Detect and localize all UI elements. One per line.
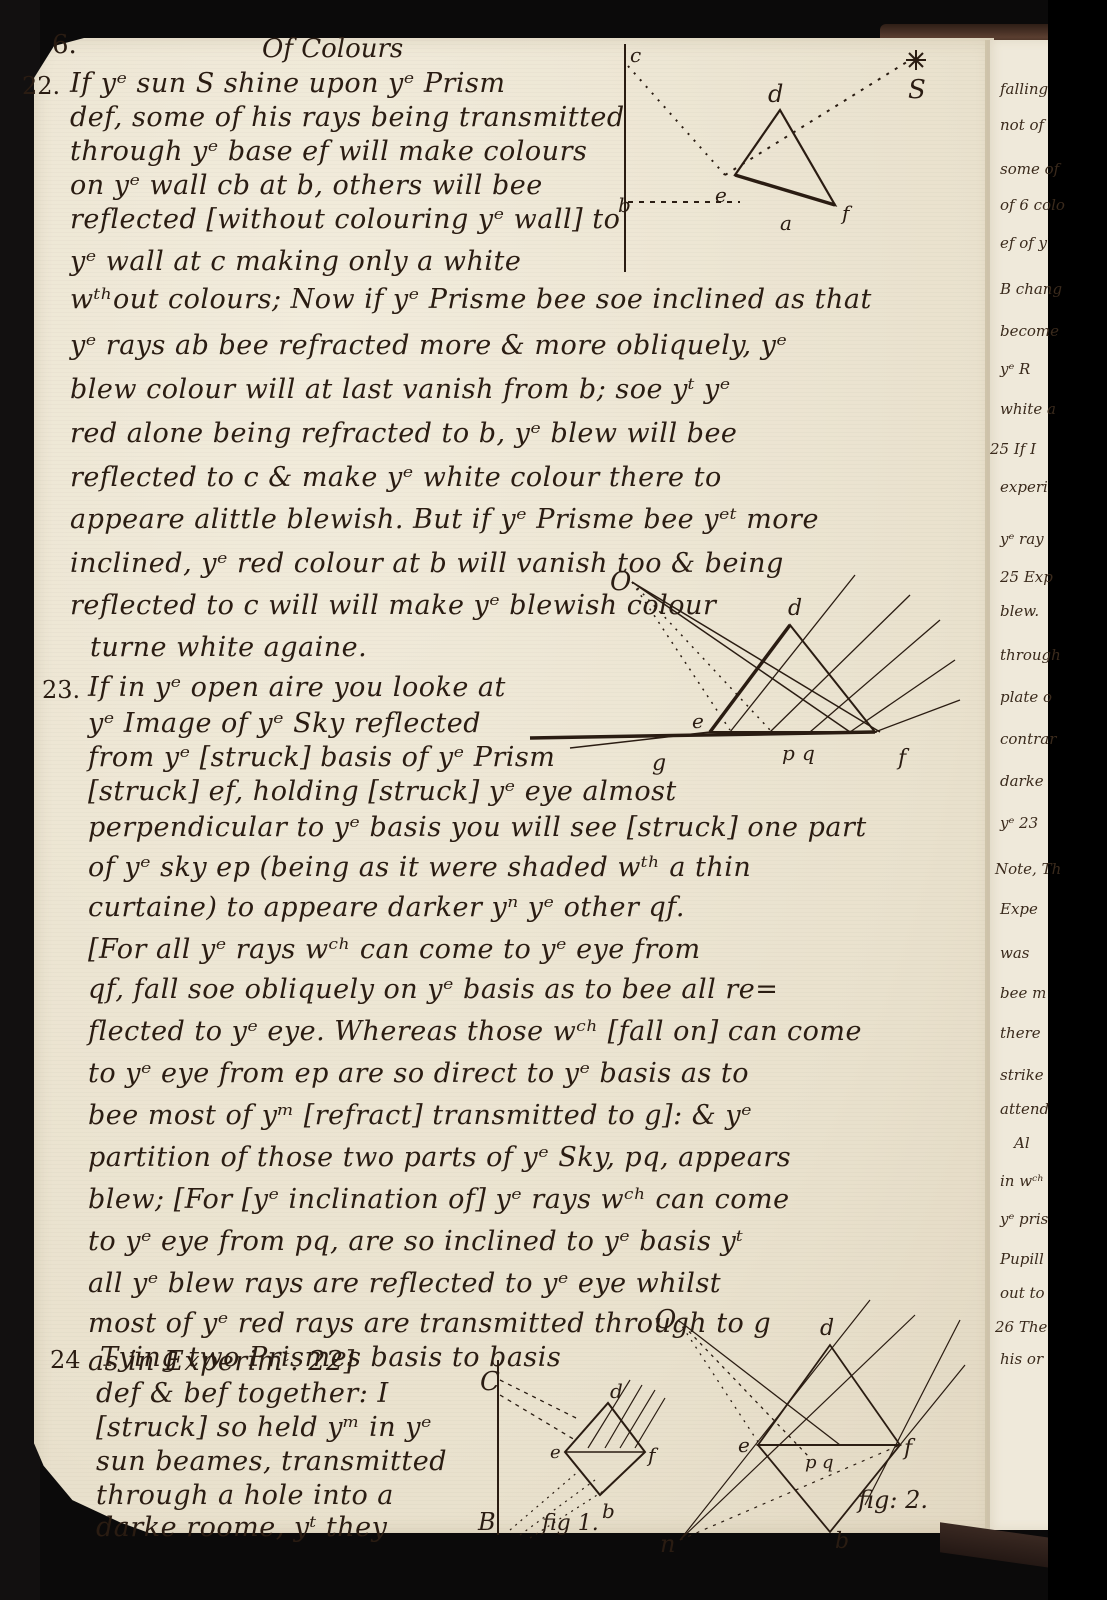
label-b: b [835, 1529, 849, 1554]
background-right [1048, 0, 1107, 1600]
text-line: to yᵉ eye from ep are so direct to yᵉ ba… [88, 1058, 749, 1089]
label-C: C [480, 1367, 500, 1397]
label-d: d [788, 596, 802, 621]
label-e: e [738, 1433, 750, 1457]
text-line: qf, fall soe obliquely on yᵉ basis as to… [88, 974, 778, 1005]
label-f: f [840, 201, 853, 225]
adjacent-text: 25 If I [990, 440, 1036, 458]
text-line: to yᵉ eye from pq, are so inclined to yᵉ… [88, 1226, 743, 1257]
label-c: c [630, 43, 641, 67]
label-n: n [660, 1530, 675, 1558]
label-B: B [477, 1508, 496, 1536]
adjacent-text: his or [1000, 1350, 1043, 1368]
adjacent-text: falling [1000, 80, 1048, 98]
adjacent-text: in wᶜʰ [1000, 1172, 1044, 1190]
adjacent-text: darke [1000, 772, 1044, 790]
text-line: [struck] so held yᵐ in yᵉ [96, 1412, 432, 1443]
text-line: blew; [For [yᵉ inclination of] yᵉ rays w… [88, 1184, 790, 1215]
adjacent-text: Note, Th [995, 860, 1061, 878]
label-q: q [802, 741, 815, 765]
adjacent-text: Al [1014, 1134, 1030, 1152]
label-a: a [780, 211, 792, 235]
label-S: S [908, 75, 926, 105]
label-d: d [768, 80, 783, 108]
text-line: reflected to c & make yᵉ white colour th… [70, 462, 722, 493]
text-line: red alone being refracted to b, yᵉ blew … [70, 418, 737, 449]
text-line: yᵉ wall at c making only a white [70, 246, 521, 277]
adjacent-text: 25 Exp [1000, 568, 1053, 586]
label-O: O [655, 1305, 676, 1335]
text-line: partition of those two parts of yᵉ Sky, … [88, 1142, 791, 1173]
label-d: d [820, 1316, 834, 1341]
adjacent-text: of 6 colo [1000, 196, 1065, 214]
adjacent-text: Pupill [1000, 1250, 1044, 1268]
paragraph-number-23: 23. [42, 676, 80, 704]
text-line: perpendicular to yᵉ basis you will see [… [88, 812, 867, 843]
figure-1: C B d e f b fig 1. [470, 1340, 670, 1540]
label-O: O [610, 567, 631, 597]
adjacent-text: bee m [1000, 984, 1046, 1002]
paragraph-number-22: 22. [22, 72, 60, 100]
label-p: p [782, 741, 795, 765]
text-line: sun beames, transmitted [96, 1446, 447, 1477]
label-b: b [618, 193, 631, 217]
text-line: darke roome, yᵗ they [96, 1512, 387, 1543]
figure-1-caption: fig 1. [540, 1511, 599, 1536]
adjacent-text: experi [1000, 478, 1048, 496]
adjacent-text: 26 The [995, 1318, 1047, 1336]
sun-icon [906, 50, 926, 70]
label-f: f [902, 1436, 916, 1461]
adjacent-text: Expe [1000, 900, 1038, 918]
adjacent-text: white a [1000, 400, 1056, 418]
figure-experiment-23: O d e g p q f [610, 560, 950, 760]
label-e: e [550, 1442, 561, 1463]
text-line: all yᵉ blew rays are reflected to yᵉ eye… [88, 1268, 721, 1299]
text-line: [For all yᵉ rays wᶜʰ can come to yᵉ eye … [88, 934, 701, 965]
text-line: def & bef together: I [96, 1378, 389, 1409]
label-b: b [602, 1499, 615, 1523]
adjacent-text: there [1000, 1024, 1041, 1042]
text-line: on yᵉ wall cb at b, others will bee [70, 170, 543, 201]
text-line: yᵉ rays ab bee refracted more & more obl… [70, 330, 787, 361]
text-line: If yᵉ sun S shine upon yᵉ Prism [70, 68, 506, 99]
figure-2: O d e p q f b n fig: 2. [660, 1290, 960, 1550]
label-q: q [822, 1452, 834, 1473]
adjacent-text: through [1000, 646, 1061, 664]
text-line: bee most of yᵐ [refract] transmitted to … [88, 1100, 752, 1131]
paragraph-number-24: 24 [50, 1346, 81, 1374]
adjacent-text: yᵉ ray [1000, 530, 1044, 548]
label-g: g [652, 751, 666, 776]
text-line: through yᵉ base ef will make colours [70, 136, 587, 167]
label-f: f [646, 1443, 659, 1467]
adjacent-text: yᵉ R [1000, 360, 1030, 378]
text-line: from yᵉ [struck] basis of yᵉ Prism [88, 742, 555, 773]
text-line: If in yᵉ open aire you looke at [88, 672, 506, 703]
folio-number: 6. [52, 30, 77, 60]
label-d: d [610, 1379, 623, 1403]
page-gutter [987, 40, 990, 1530]
text-line: turne white againe. [90, 632, 367, 663]
adjacent-text: blew. [1000, 602, 1039, 620]
adjacent-text: ef of y [1000, 234, 1047, 252]
text-line: [struck] ef, holding [struck] yᵉ eye alm… [88, 776, 677, 807]
adjacent-text: yᵉ 23 [1000, 814, 1038, 832]
adjacent-text: strike [1000, 1066, 1044, 1084]
adjacent-text: B chang [1000, 280, 1062, 298]
adjacent-text: some of [1000, 160, 1059, 178]
adjacent-text: out to [1000, 1284, 1045, 1302]
text-line: blew colour will at last vanish from b; … [70, 374, 731, 405]
adjacent-text: become [1000, 322, 1059, 340]
page-title: Of Colours [262, 34, 403, 64]
text-line: flected to yᵉ eye. Whereas those wᶜʰ [fa… [88, 1016, 862, 1047]
label-e: e [715, 183, 727, 207]
adjacent-text: plate o [1000, 688, 1052, 706]
text-line: reflected [without colouring yᵉ wall] to [70, 204, 620, 235]
label-e: e [692, 709, 704, 733]
figure-2-caption: fig: 2. [856, 1486, 928, 1514]
text-line: appeare alittle blewish. But if yᵉ Prism… [70, 504, 819, 535]
text-line: wᵗʰout colours; Now if yᵉ Prisme bee soe… [70, 284, 872, 315]
text-line: through a hole into a [96, 1480, 394, 1511]
adjacent-text: was [1000, 944, 1029, 962]
figure-experiment-22: c b d e a f S [620, 40, 960, 240]
text-line: of yᵉ sky ep (being as it were shaded wᵗ… [88, 852, 751, 883]
adjacent-text: contrar [1000, 730, 1056, 748]
adjacent-text: attend [1000, 1100, 1049, 1118]
adjacent-text: not of [1000, 116, 1044, 134]
text-line: def, some of his rays being transmitted [70, 102, 625, 133]
text-line: curtaine) to appeare darker yⁿ yᵉ other … [88, 892, 685, 923]
adjacent-text: yᵉ pris [1000, 1210, 1048, 1228]
text-line: yᵉ Image of yᵉ Sky reflected [88, 708, 481, 739]
label-p: p [805, 1452, 817, 1473]
